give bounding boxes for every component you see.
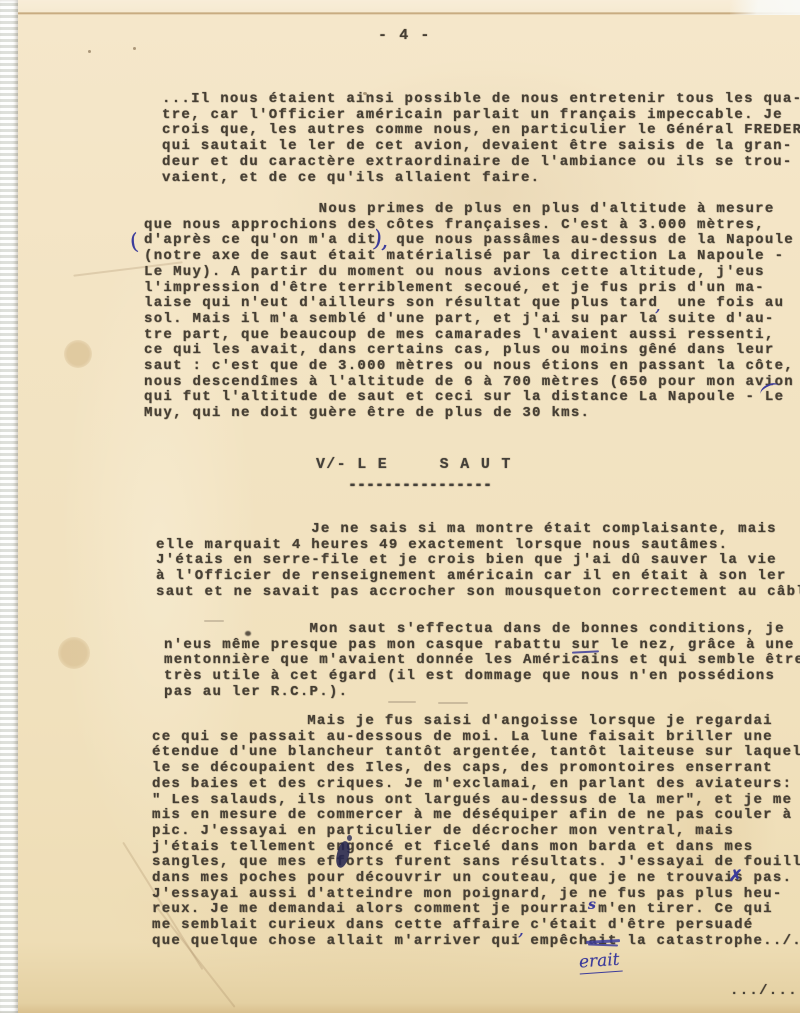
paragraph-2: Nous primes de plus en plus d'altitude à… [144, 202, 794, 422]
paragraph-3: Je ne sais si ma montre était complaisan… [156, 522, 800, 601]
handwritten-inserted-letter: s [588, 897, 596, 913]
show-through-mark [388, 701, 416, 703]
handwritten-comma: , [518, 918, 524, 940]
paragraph-1: ...Il nous étaient ainsi possible de nou… [162, 92, 800, 186]
punch-hole [64, 340, 92, 368]
handwritten-comma: , [655, 295, 661, 316]
handwritten-cross-out: ✗ [728, 866, 743, 886]
paragraph-4: Mon saut s'effectua dans de bonnes condi… [164, 622, 800, 701]
paper-speck [88, 50, 91, 53]
paper-speck [133, 47, 136, 50]
binder-sleeve-edge [0, 0, 18, 1013]
section-heading: V/- L E S A U T [316, 457, 512, 473]
handwritten-correction-word: erait [578, 950, 622, 975]
punch-hole [58, 637, 90, 669]
section-heading-underline: ---------------- [348, 476, 492, 497]
show-through-mark [438, 702, 468, 704]
page-number: - 4 - [378, 28, 431, 44]
sleeve-glare [730, 0, 800, 15]
ink-blot [347, 835, 352, 841]
scanned-document-page: - 4 - ...Il nous étaient ainsi possible … [0, 0, 800, 1013]
continuation-mark: .../... [730, 984, 798, 999]
paragraph-5: Mais je fus saisi d'angoisse lorsque je … [152, 714, 800, 950]
